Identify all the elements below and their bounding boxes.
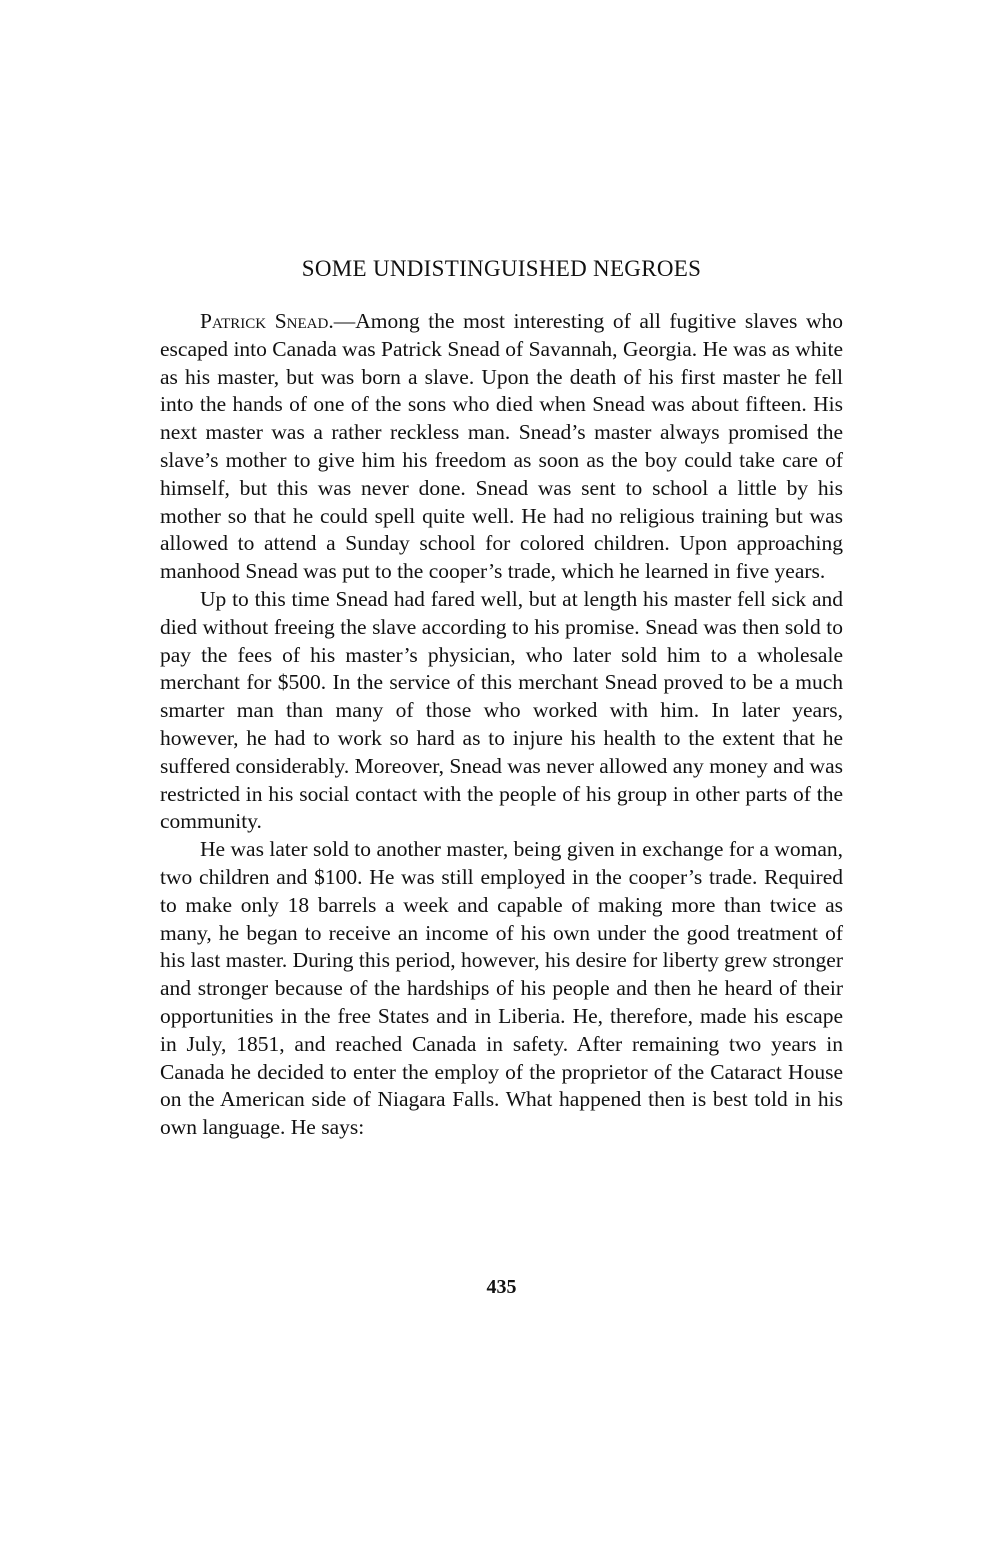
book-page: SOME UNDISTINGUISHED NEGROES Patrick Sne… [0,0,1000,1547]
article-body: Patrick Snead.—Among the most interestin… [160,308,843,1142]
paragraph-1-text: —Among the most interesting of all fugit… [160,309,843,583]
page-number: 435 [160,1273,843,1301]
paragraph-2: Up to this time Snead had fared well, bu… [160,586,843,836]
paragraph-3: He was later sold to another master, bei… [160,836,843,1142]
chapter-title: SOME UNDISTINGUISHED NEGROES [160,253,843,285]
lead-name: Patrick Snead. [200,309,334,333]
paragraph-1: Patrick Snead.—Among the most interestin… [160,308,843,586]
